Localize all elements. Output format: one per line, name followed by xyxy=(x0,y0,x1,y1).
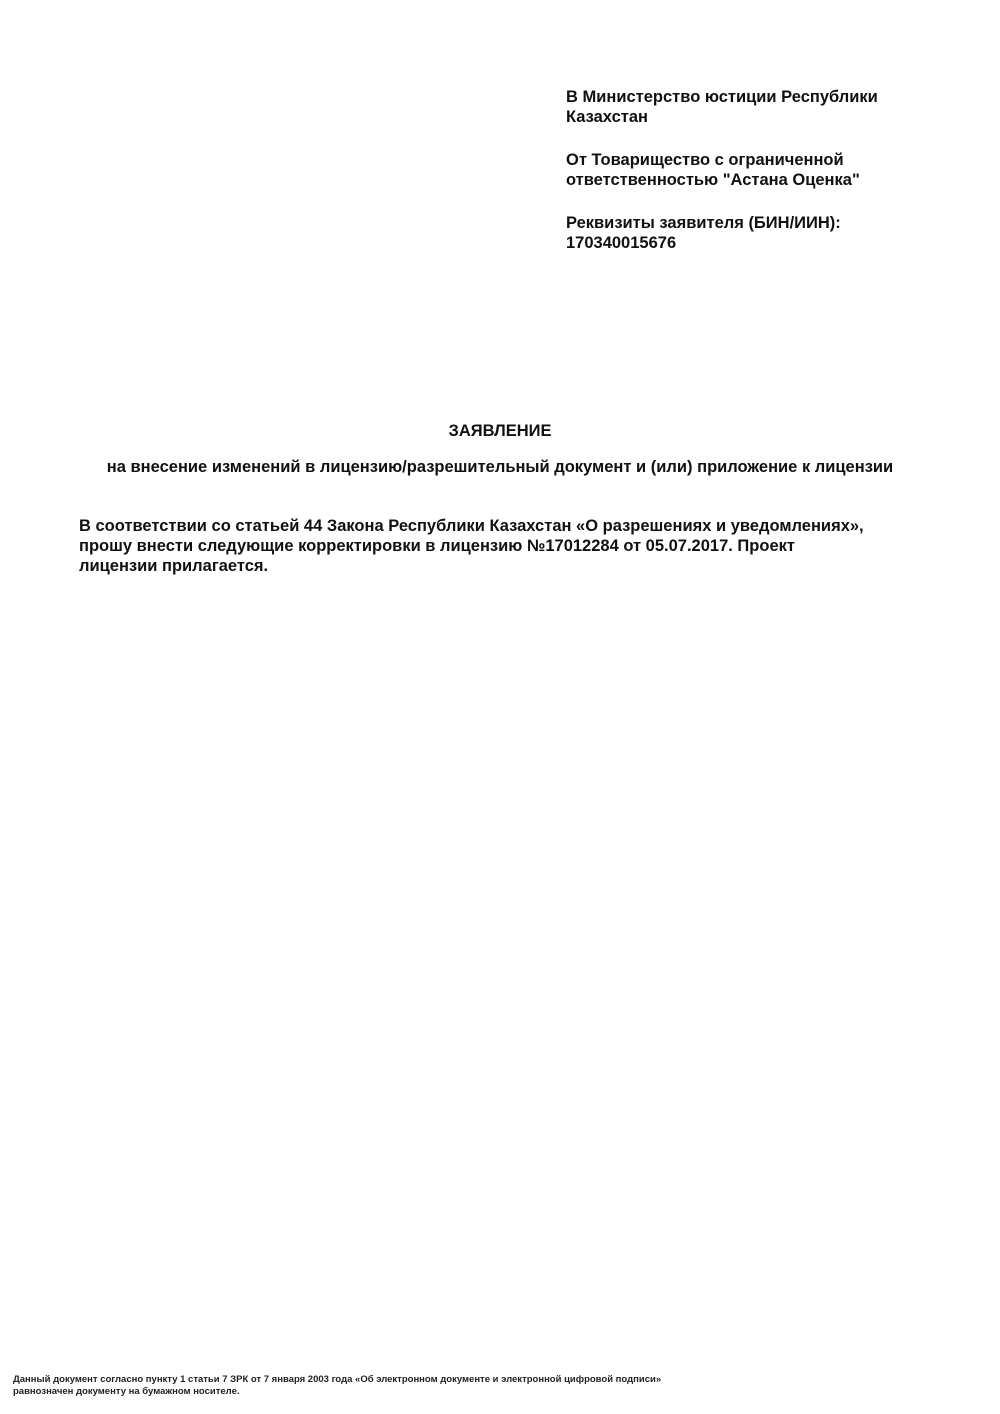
addressee-block: В Министерство юстиции Республики Казахс… xyxy=(566,87,966,276)
applicant-requisites: Реквизиты заявителя (БИН/ИИН): 170340015… xyxy=(566,213,966,253)
body-line-1: В соответствии со статьей 44 Закона Респ… xyxy=(79,516,949,536)
requisites-label: Реквизиты заявителя (БИН/ИИН): xyxy=(566,213,966,233)
requisites-value: 170340015676 xyxy=(566,233,966,253)
recipient-line-1: В Министерство юстиции Республики xyxy=(566,87,966,107)
footer-line-2: равнозначен документу на бумажном носите… xyxy=(13,1386,813,1398)
document-body: В соответствии со статьей 44 Закона Респ… xyxy=(79,516,949,576)
footer-line-1: Данный документ согласно пункту 1 статьи… xyxy=(13,1374,813,1386)
body-line-3: лицензии прилагается. xyxy=(79,556,949,576)
sender-line-1: От Товарищество с ограниченной xyxy=(566,150,966,170)
recipient-line-2: Казахстан xyxy=(566,107,966,127)
document-subtitle: на внесение изменений в лицензию/разреши… xyxy=(0,457,1000,477)
sender-line-2: ответственностью "Астана Оценка" xyxy=(566,170,966,190)
body-line-2: прошу внести следующие корректировки в л… xyxy=(79,536,949,556)
recipient: В Министерство юстиции Республики Казахс… xyxy=(566,87,966,127)
sender: От Товарищество с ограниченной ответстве… xyxy=(566,150,966,190)
document-title: ЗАЯВЛЕНИЕ xyxy=(0,421,1000,441)
legal-footer: Данный документ согласно пункту 1 статьи… xyxy=(13,1374,813,1398)
